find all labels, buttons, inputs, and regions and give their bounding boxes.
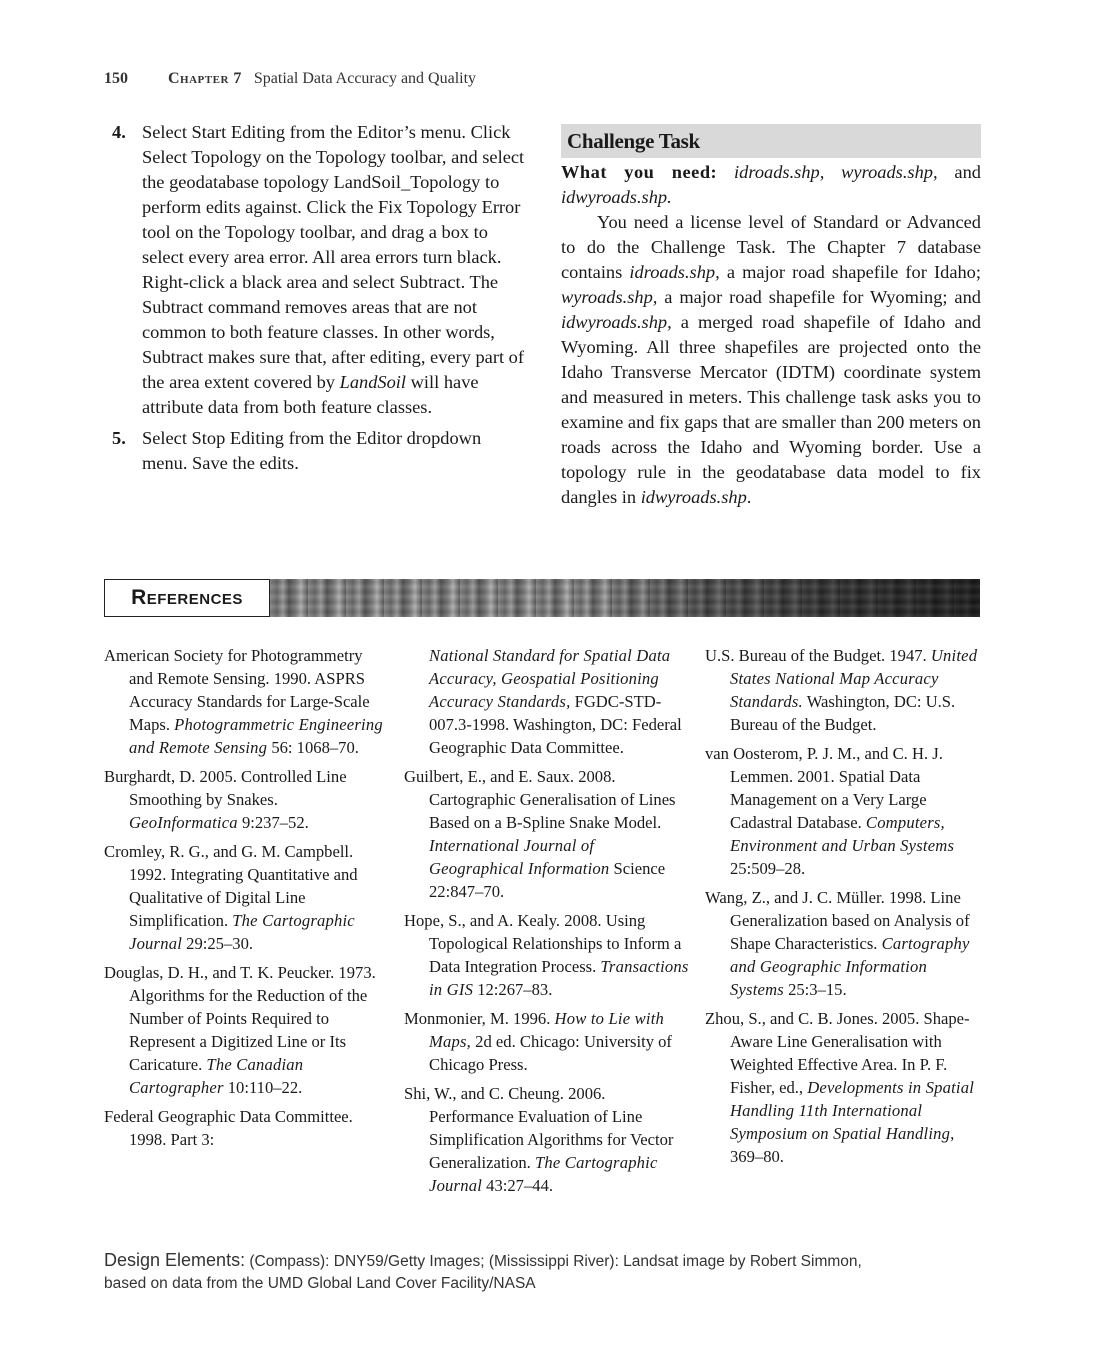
references-column-1: American Society for Photogrammetry and … bbox=[104, 644, 389, 1157]
design-elements-credit: Design Elements: (Compass): DNY59/Getty … bbox=[104, 1249, 904, 1295]
references-column-3: U.S. Bureau of the Budget. 1947. United … bbox=[705, 644, 985, 1174]
step-4: 4. Select Start Editing from the Editor’… bbox=[112, 120, 526, 420]
reference-entry: U.S. Bureau of the Budget. 1947. United … bbox=[705, 644, 985, 736]
challenge-description: You need a license level of Standard or … bbox=[561, 210, 981, 510]
credit-heading: Design Elements: bbox=[104, 1250, 245, 1270]
references-column-2: National Standard for Spatial Data Accur… bbox=[404, 644, 689, 1203]
reference-entry: Burghardt, D. 2005. Controlled Line Smoo… bbox=[104, 765, 389, 834]
running-head: 150 Chapter 7 Spatial Data Accuracy and … bbox=[104, 70, 476, 88]
step-5: 5. Select Stop Editing from the Editor d… bbox=[112, 426, 526, 476]
landsat-river-image bbox=[270, 579, 980, 617]
references-heading: References bbox=[104, 579, 270, 617]
chapter-title: Spatial Data Accuracy and Quality bbox=[254, 70, 476, 87]
procedure-steps: 4. Select Start Editing from the Editor’… bbox=[112, 120, 526, 482]
reference-entry: Cromley, R. G., and G. M. Campbell. 1992… bbox=[104, 840, 389, 955]
reference-entry-continuation: National Standard for Spatial Data Accur… bbox=[404, 644, 689, 759]
chapter-label: Chapter 7 bbox=[168, 70, 242, 87]
references-banner: References bbox=[104, 579, 980, 617]
reference-entry: Hope, S., and A. Kealy. 2008. Using Topo… bbox=[404, 909, 689, 1001]
reference-entry: Federal Geographic Data Committee. 1998.… bbox=[104, 1105, 389, 1151]
reference-entry: American Society for Photogrammetry and … bbox=[104, 644, 389, 759]
step-text: Select Stop Editing from the Editor drop… bbox=[142, 426, 526, 476]
step-number: 4. bbox=[112, 120, 142, 420]
reference-entry: Wang, Z., and J. C. Müller. 1998. Line G… bbox=[705, 886, 985, 1001]
challenge-task-title: Challenge Task bbox=[561, 124, 981, 158]
reference-entry: Zhou, S., and C. B. Jones. 2005. Shape-A… bbox=[705, 1007, 985, 1168]
reference-entry: van Oosterom, P. J. M., and C. H. J. Lem… bbox=[705, 742, 985, 880]
what-you-need: What you need: idroads.shp, wyroads.shp,… bbox=[561, 160, 981, 210]
step-number: 5. bbox=[112, 426, 142, 476]
page-number: 150 bbox=[104, 70, 128, 87]
step-text: Select Start Editing from the Editor’s m… bbox=[142, 120, 526, 420]
challenge-task-box: Challenge Task What you need: idroads.sh… bbox=[561, 124, 981, 510]
reference-entry: Shi, W., and C. Cheung. 2006. Performanc… bbox=[404, 1082, 689, 1197]
reference-entry: Monmonier, M. 1996. How to Lie with Maps… bbox=[404, 1007, 689, 1076]
reference-entry: Douglas, D. H., and T. K. Peucker. 1973.… bbox=[104, 961, 389, 1099]
reference-entry: Guilbert, E., and E. Saux. 2008. Cartogr… bbox=[404, 765, 689, 903]
